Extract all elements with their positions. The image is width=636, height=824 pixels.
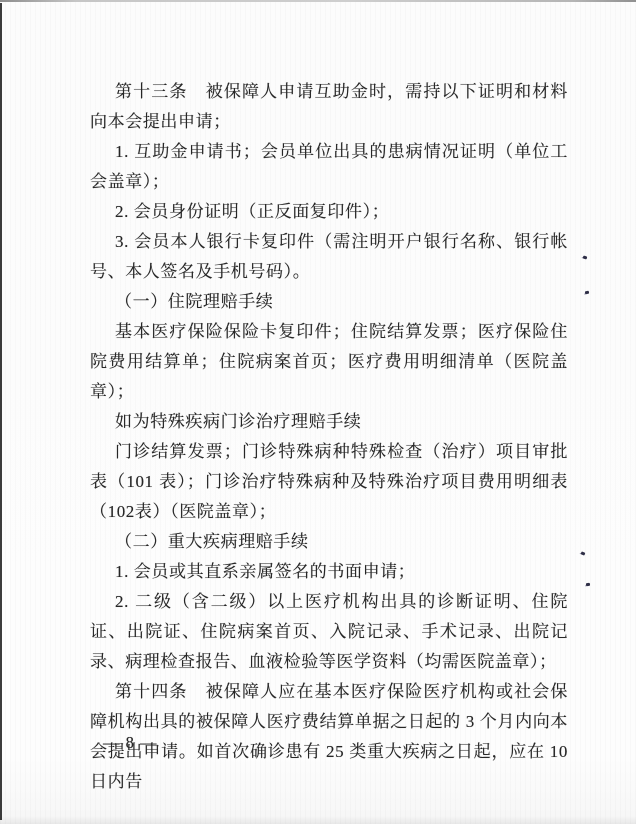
ink-speck [585,291,590,295]
paragraph-major-disease-item-1: 1. 会员或其直系亲属签名的书面申请； [90,557,568,587]
paragraph-section-1-heading: （一）住院理赔手续 [90,287,568,317]
ink-speck [586,583,590,587]
paragraph-hospitalization-docs: 基本医疗保险保险卡复印件；住院结算发票；医疗保险住院费用结算单；住院病案首页；医… [90,317,568,407]
ink-speck [581,551,586,555]
paragraph-item-2: 2. 会员身份证明（正反面复印件）； [90,197,568,227]
paragraph-section-2-heading: （二）重大疾病理赔手续 [90,527,568,557]
paragraph-item-3: 3. 会员本人银行卡复印件（需注明开户银行名称、银行帐号、本人签名及手机号码）。 [90,227,568,287]
paragraph-article-14: 第十四条 被保障人应在基本医疗保险医疗机构或社会保障机构出具的被保障人医疗费结算… [90,677,568,797]
scan-edge-top [0,0,636,2]
scan-edge-bottom [0,816,636,824]
paragraph-special-disease-heading: 如为特殊疾病门诊治疗理赔手续 [90,407,568,437]
scanned-document-page: 第十三条 被保障人申请互助金时，需持以下证明和材料向本会提出申请； 1. 互助金… [0,0,636,824]
page-number: — 8 — [103,732,158,754]
paragraph-major-disease-item-2: 2. 二级（含二级）以上医疗机构出具的诊断证明、住院证、出院证、住院病案首页、入… [90,587,568,677]
paragraph-outpatient-docs: 门诊结算发票；门诊特殊病种特殊检查（治疗）项目审批表（101 表）；门诊治疗特殊… [90,437,568,527]
paragraph-item-1: 1. 互助金申请书；会员单位出具的患病情况证明（单位工会盖章）； [90,137,568,197]
scan-edge-left [0,3,2,820]
document-body: 第十三条 被保障人申请互助金时，需持以下证明和材料向本会提出申请； 1. 互助金… [90,77,568,797]
ink-speck [583,255,588,259]
paragraph-article-13: 第十三条 被保障人申请互助金时，需持以下证明和材料向本会提出申请； [90,77,568,137]
